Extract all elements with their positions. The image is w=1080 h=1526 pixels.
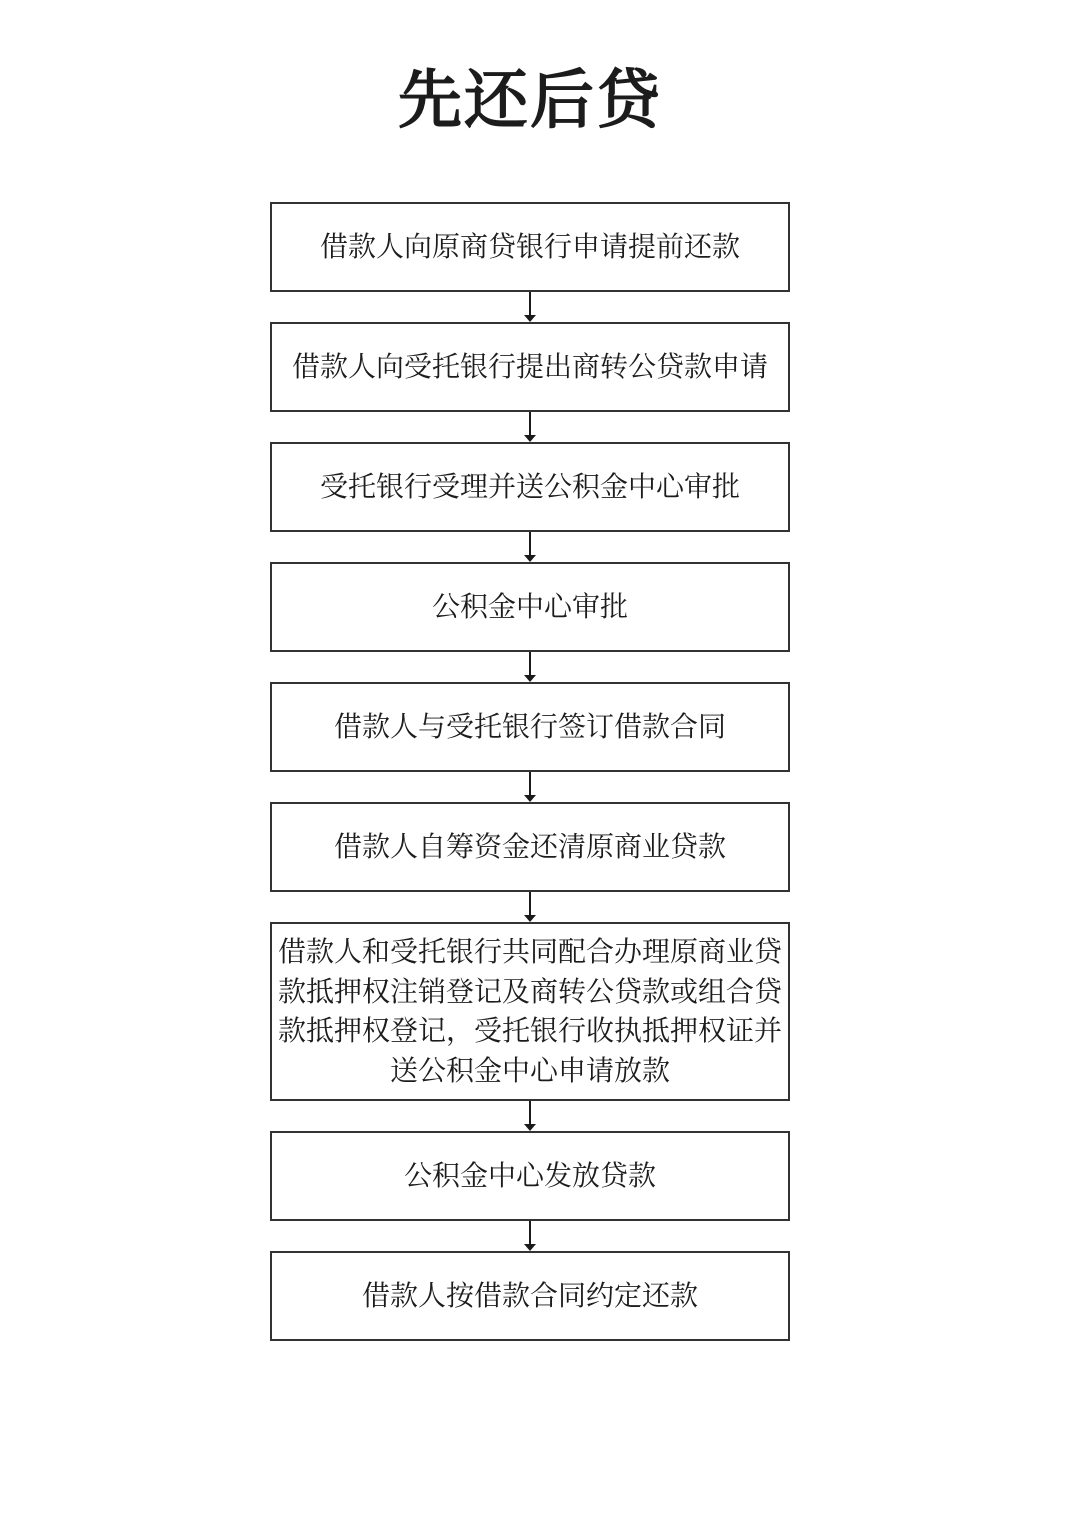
flow-step-label: 公积金中心发放贷款: [404, 1156, 656, 1196]
arrow-head-icon: [524, 1244, 536, 1251]
flow-step-label: 借款人向受托银行提出商转公贷款申请: [292, 347, 768, 387]
flow-step-label: 公积金中心审批: [432, 587, 628, 627]
arrow-line: [529, 1221, 531, 1245]
arrow-line: [529, 532, 531, 556]
flow-step-box: 借款人和受托银行共同配合办理原商业贷款抵押权注销登记及商转公贷款或组合贷款抵押权…: [270, 922, 790, 1101]
flow-step-box: 借款人按借款合同约定还款: [270, 1251, 790, 1341]
arrow-line: [529, 892, 531, 916]
flow-step-label: 借款人和受托银行共同配合办理原商业贷款抵押权注销登记及商转公贷款或组合贷款抵押权…: [277, 932, 783, 1091]
flowchart-page: 先还后贷 借款人向原商贷银行申请提前还款借款人向受托银行提出商转公贷款申请受托银…: [0, 0, 1080, 1526]
flow-step-label: 借款人与受托银行签订借款合同: [334, 707, 726, 747]
flow-step-box: 受托银行受理并送公积金中心审批: [270, 442, 790, 532]
flow-step-label: 借款人自筹资金还清原商业贷款: [334, 827, 726, 867]
arrow-head-icon: [524, 435, 536, 442]
page-title: 先还后贷: [270, 62, 790, 139]
flow-step-label: 借款人向原商贷银行申请提前还款: [320, 227, 740, 267]
flow-step-label: 受托银行受理并送公积金中心审批: [320, 467, 740, 507]
down-arrow: [270, 892, 790, 922]
arrow-head-icon: [524, 915, 536, 922]
flow-step-box: 借款人自筹资金还清原商业贷款: [270, 802, 790, 892]
flow-step-box: 借款人向受托银行提出商转公贷款申请: [270, 322, 790, 412]
arrow-head-icon: [524, 555, 536, 562]
flow-step-box: 借款人向原商贷银行申请提前还款: [270, 202, 790, 292]
arrow-head-icon: [524, 675, 536, 682]
arrow-line: [529, 1101, 531, 1125]
down-arrow: [270, 652, 790, 682]
arrow-line: [529, 292, 531, 316]
flow-step-box: 公积金中心发放贷款: [270, 1131, 790, 1221]
arrow-head-icon: [524, 315, 536, 322]
flowchart: 借款人向原商贷银行申请提前还款借款人向受托银行提出商转公贷款申请受托银行受理并送…: [270, 202, 790, 1341]
arrow-head-icon: [524, 1124, 536, 1131]
arrow-line: [529, 412, 531, 436]
flow-step-box: 公积金中心审批: [270, 562, 790, 652]
down-arrow: [270, 412, 790, 442]
down-arrow: [270, 1221, 790, 1251]
down-arrow: [270, 292, 790, 322]
down-arrow: [270, 1101, 790, 1131]
arrow-line: [529, 652, 531, 676]
down-arrow: [270, 772, 790, 802]
flow-step-box: 借款人与受托银行签订借款合同: [270, 682, 790, 772]
flow-step-label: 借款人按借款合同约定还款: [362, 1276, 698, 1316]
arrow-head-icon: [524, 795, 536, 802]
arrow-line: [529, 772, 531, 796]
down-arrow: [270, 532, 790, 562]
